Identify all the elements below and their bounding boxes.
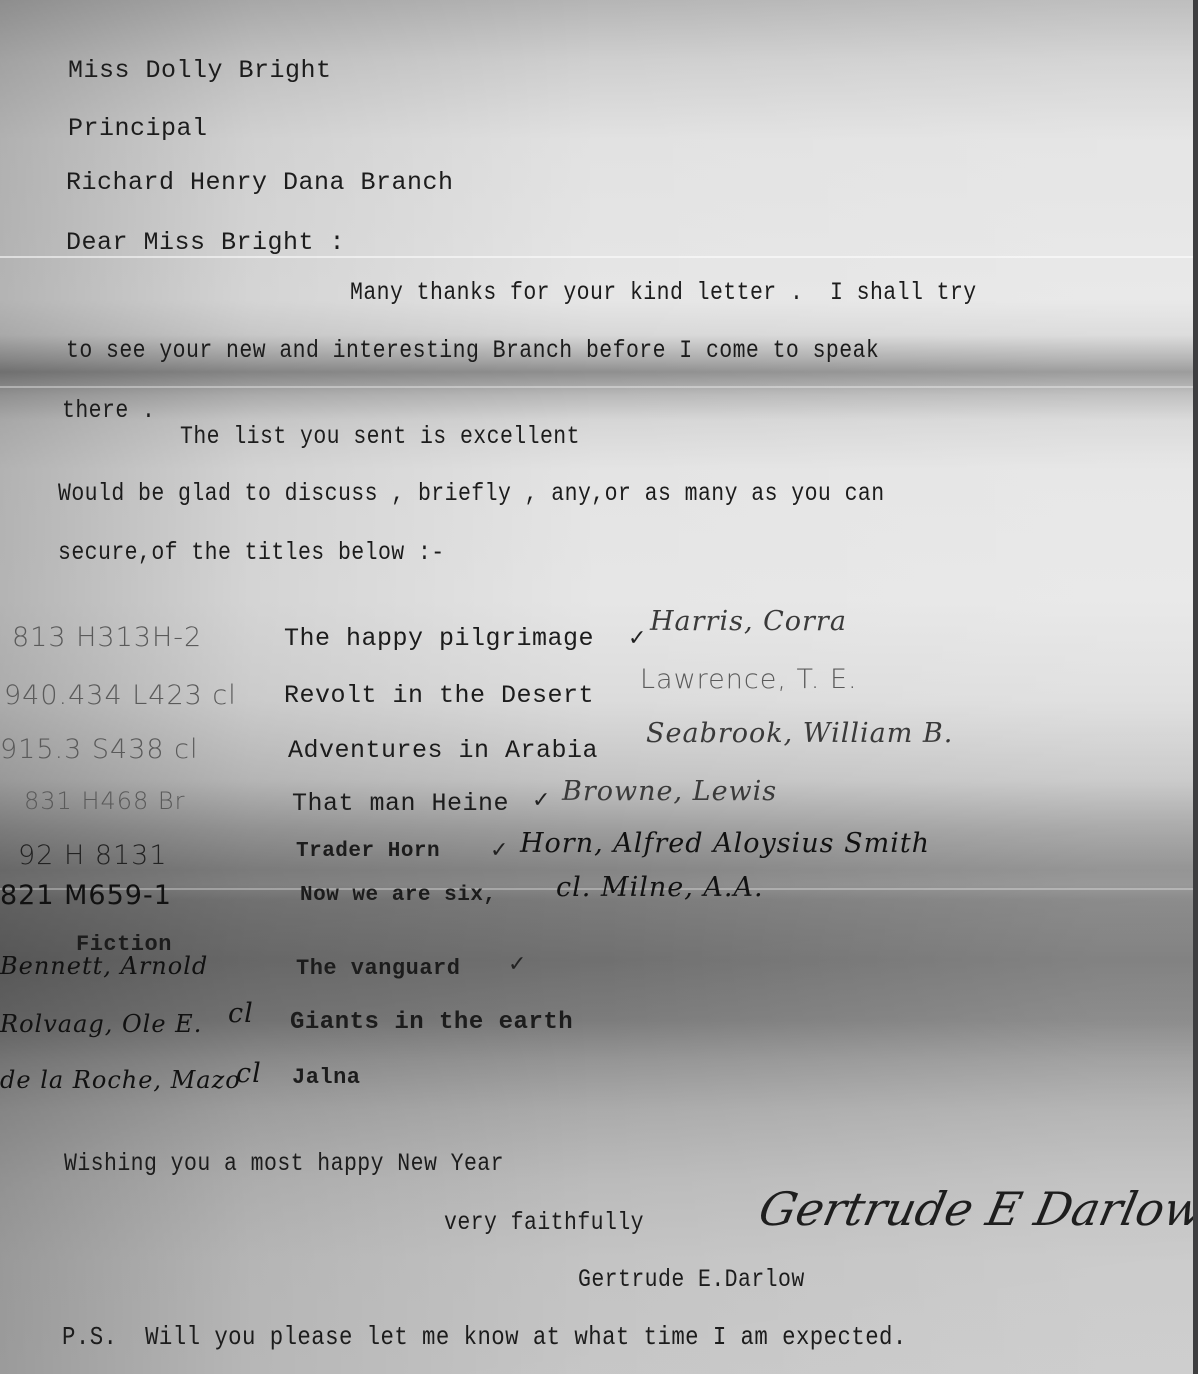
body-line-4: The list you sent is excellent <box>180 422 580 451</box>
call-number: 940.434 L423 cl <box>4 680 237 711</box>
book-title: Now we are six, <box>300 884 497 907</box>
body-line-2: to see your new and interesting Branch b… <box>66 336 879 365</box>
book-title: Revolt in the Desert <box>284 681 594 710</box>
book-title: Giants in the earth <box>290 1009 573 1036</box>
recipient-title: Principal <box>68 114 208 143</box>
author-note: de la Roche, Mazo <box>0 1066 241 1094</box>
call-number: 813 H313H-2 <box>12 622 202 653</box>
postscript: P.S. Will you please let me know at what… <box>62 1322 907 1352</box>
author-note: Bennett, Arnold <box>0 952 208 980</box>
author-note: Rolvaag, Ole E. <box>0 1010 202 1038</box>
handwritten-signature: Gertrude E Darlow <box>754 1182 1193 1236</box>
author-note: Seabrook, William B. <box>646 718 953 749</box>
author-note: Harris, Corra <box>650 606 847 637</box>
recipient-name: Miss Dolly Bright <box>68 56 332 85</box>
author-note: Horn, Alfred Aloysius Smith <box>520 828 930 859</box>
catalog-mark: cl <box>236 1058 262 1089</box>
body-line-3: there . <box>62 396 155 425</box>
call-number: 831 H468 Br <box>24 787 186 815</box>
check-mark-icon: ✓ <box>490 838 508 863</box>
book-title: The happy pilgrimage <box>284 624 594 653</box>
check-mark-icon: ✓ <box>508 952 526 977</box>
catalog-mark: cl <box>228 998 254 1029</box>
closing-wish: Wishing you a most happy New Year <box>64 1149 504 1178</box>
body-line-5: Would be glad to discuss , briefly , any… <box>58 479 885 508</box>
typed-name: Gertrude E.Darlow <box>578 1265 805 1294</box>
author-note: Lawrence, T. E. <box>640 664 858 695</box>
author-note: Browne, Lewis <box>562 776 777 807</box>
paper-crease <box>0 386 1193 388</box>
letter-page: Miss Dolly Bright Principal Richard Henr… <box>0 0 1193 1374</box>
call-number: 821 M659-1 <box>0 880 172 911</box>
book-title: Trader Horn <box>296 840 440 863</box>
book-title: The vanguard <box>296 956 460 981</box>
check-mark-icon: ✓ <box>628 626 646 651</box>
call-number: 915.3 S438 cl <box>0 734 198 765</box>
check-mark-icon: ✓ <box>532 788 550 813</box>
body-line-1: Many thanks for your kind letter . I sha… <box>350 278 977 307</box>
author-note: cl. Milne, A.A. <box>556 872 764 903</box>
book-title: Jalna <box>292 1065 361 1090</box>
recipient-branch: Richard Henry Dana Branch <box>66 168 454 197</box>
call-number: 92 H 8131 <box>18 840 168 871</box>
salutation: Dear Miss Bright : <box>66 228 345 257</box>
body-line-6: secure,of the titles below :- <box>58 538 445 567</box>
book-title: That man Heine <box>292 789 509 818</box>
book-title: Adventures in Arabia <box>288 736 598 765</box>
valediction: very faithfully <box>444 1208 644 1237</box>
